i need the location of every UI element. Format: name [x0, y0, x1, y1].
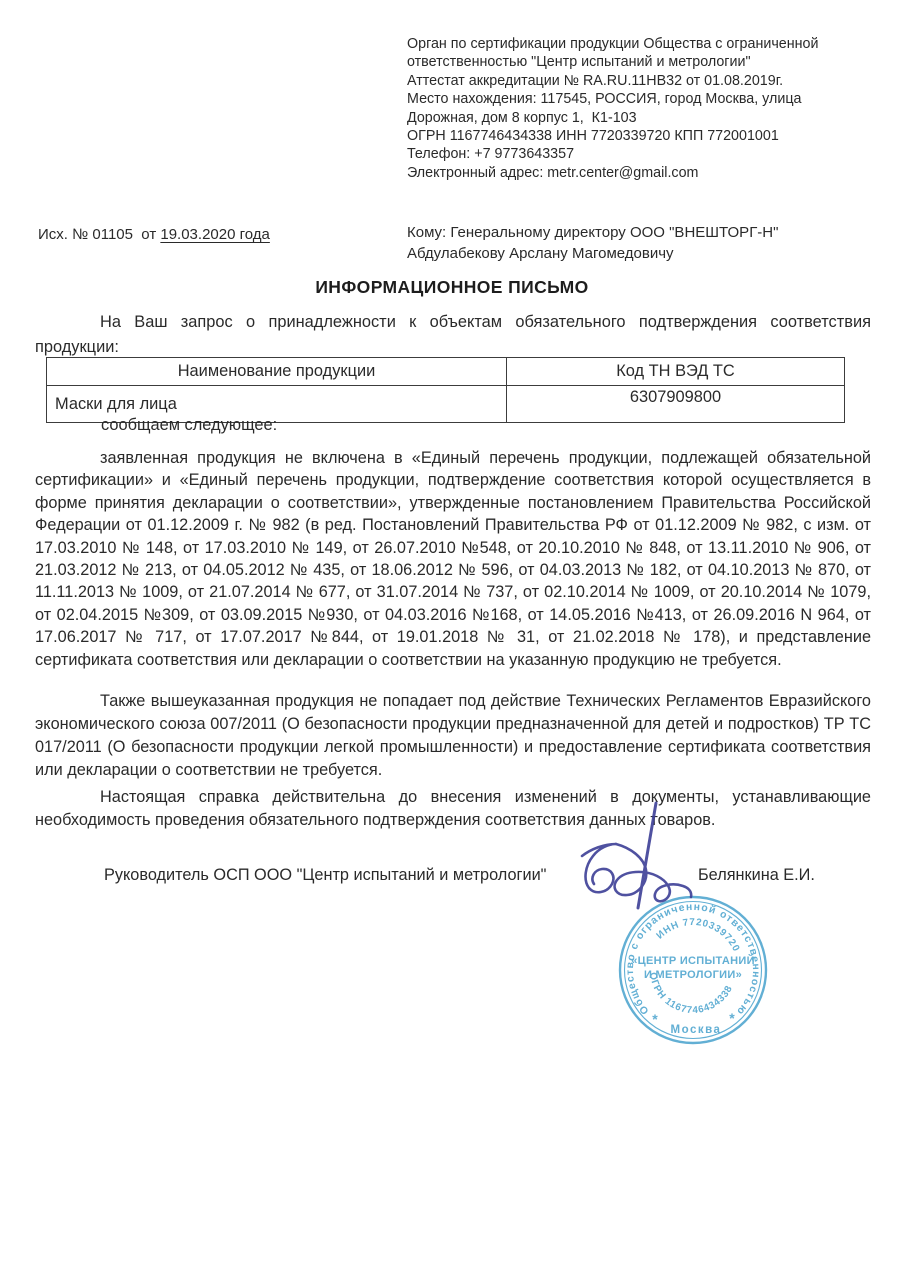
signature-stroke	[615, 844, 692, 901]
table-header-row: Наименование продукции Код ТН ВЭД ТС	[47, 358, 845, 386]
letterhead-line: ОГРН 1167746434338 ИНН 7720339720 КПП 77…	[407, 127, 877, 145]
signoff-role: Руководитель ОСП ООО "Центр испытаний и …	[104, 866, 546, 885]
intro-line: На Ваш запрос о принадлежности к объекта…	[35, 310, 871, 335]
stamp-center-line1: «ЦЕНТР ИСПЫТАНИЙ	[631, 954, 755, 967]
signature-stroke	[638, 803, 656, 908]
body-paragraph-1: заявленная продукция не включена в «Един…	[35, 447, 871, 671]
letterhead-line: Орган по сертификации продукции Общества…	[407, 35, 877, 53]
following-label: сообщаем следующее:	[101, 416, 277, 435]
stamp-center-line2: И МЕТРОЛОГИИ»	[644, 969, 742, 981]
letterhead-line: Дорожная, дом 8 корпус 1, К1-103	[407, 109, 877, 127]
signoff-name: Белянкина Е.И.	[698, 866, 815, 885]
recipient-line: Абдулабекову Арслану Магомедовичу	[407, 243, 877, 264]
document-page: Орган по сертификации продукции Общества…	[0, 0, 904, 1280]
product-table: Наименование продукции Код ТН ВЭД ТС Мас…	[46, 357, 845, 423]
handwritten-signature	[555, 800, 705, 915]
letterhead-line: Телефон: +7 9773643357	[407, 145, 877, 163]
letterhead-line: Аттестат аккредитации № RA.RU.11НВ32 от …	[407, 72, 877, 90]
stamp-asterisk-left: *	[652, 1011, 658, 1027]
letterhead-line: Место нахождения: 117545, РОССИЯ, город …	[407, 90, 877, 108]
document-title: ИНФОРМАЦИОННОЕ ПИСЬМО	[0, 277, 904, 298]
table-header-product-name: Наименование продукции	[47, 358, 507, 386]
letterhead-line: Электронный адрес: metr.center@gmail.com	[407, 164, 877, 182]
body-paragraph-3: Настоящая справка действительна до внесе…	[35, 786, 871, 832]
recipient-block: Кому: Генеральному директору ООО "ВНЕШТО…	[407, 222, 877, 264]
signature-stroke	[582, 844, 616, 892]
stamp-city-label: Москва	[671, 1024, 722, 1036]
letterhead-line: ответственностью "Центр испытаний и метр…	[407, 53, 877, 71]
intro-paragraph: На Ваш запрос о принадлежности к объекта…	[35, 310, 871, 360]
body-paragraph-2: Также вышеуказанная продукция не попадае…	[35, 690, 871, 782]
outgoing-ref: Исх. № 01105 от 19.03.2020 года	[38, 226, 270, 243]
stamp-asterisk-right: *	[729, 1010, 735, 1026]
outgoing-ref-prefix: Исх. № 01105 от	[38, 226, 160, 243]
cell-tnved-code: 6307909800	[507, 386, 845, 423]
outgoing-ref-date: 19.03.2020 года	[160, 226, 270, 243]
recipient-line: Кому: Генеральному директору ООО "ВНЕШТО…	[407, 222, 877, 243]
letterhead: Орган по сертификации продукции Общества…	[407, 35, 877, 182]
table-header-tnved-code: Код ТН ВЭД ТС	[507, 358, 845, 386]
